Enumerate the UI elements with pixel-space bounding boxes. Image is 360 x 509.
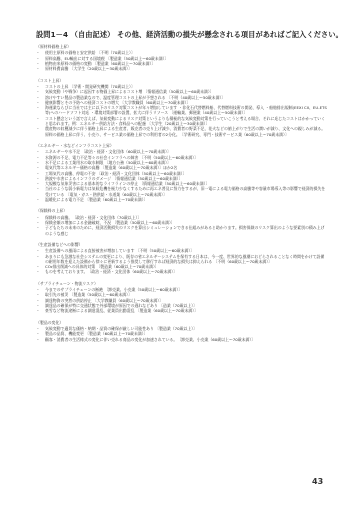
list-item: コスト懸念という話で言えば、気候変動によるリスク対策というよりも積極的な気候変動… [36,116,328,127]
list-item: 温暖化による電力不足 〔製造業（60歳以上～70歳未満）〕 [36,197,328,202]
section: （原材料価格上昇）使用主原料の価格と安定供給 〔不明（70歳以上）〕原料高騰、E… [36,44,328,72]
section-heading: （エネルギー・水などインフラコスト上昇） [36,143,328,148]
list-item: 豪雪など物流途断による調達混乱、従業員出勤混乱 〔製造業（60歳以上～70歳未満… [36,308,328,313]
section: （エネルギー・水などインフラコスト上昇）エネルギーや水不足 〔政治・経済・文化団… [36,143,328,202]
list-item: あまりにも急激な社会システムの変更により、既存の省エネルギーシステムを保有する日… [36,254,328,265]
document-page: 設問1－4 （自由記述） その他、経済活動の損失が懸念される項目があればご記入く… [36,30,328,348]
section: （保険料の上昇）保険料の高騰。〔政治・経済・文化団体（70歳以上）〕保険金額の増… [36,208,328,236]
section: （生産設備などへの影響）生産設備への風雨による直接被害が増加しています 〔不明（… [36,242,328,275]
section-heading: （保険料の上昇） [36,208,328,213]
list-item: 海運業ならびに当社では主に以下のリスク対策コストが年々増加しています ・非化石代… [36,105,328,116]
section-heading: （原材料価格上昇） [36,44,328,49]
list-item: 農産物の収穫減少に伴う価格上昇による生産者、販売者の売り上げ減少、消費者の野菜不… [36,126,328,137]
bullet-list: 今までのサプライチェーンの断絶 〔卸売業、小売業（50歳以上～60歳未満）〕取引… [36,287,328,313]
page-title: 設問1－4 （自由記述） その他、経済活動の損失が懸念される項目があればご記入く… [36,30,328,40]
bullet-list: 生産設備への風雨による直接被害が増加しています 〔不明（50歳以上～60歳未満）… [36,248,328,274]
list-item: ものを考えております。〔政治・経済・文化団体（60歳以上～70歳未満）〕 [36,269,328,274]
section: （製品の変化）気候変動で適切な価格・納期・品質の確保が厳しい可能性あり 〔製造業… [36,320,328,342]
list-item: 子どもたちの未来のために、経済活動損失のリスクを算出シミュレーションできる仕組み… [36,225,328,236]
section: （サプライチェーン・物流リスク）今までのサプライチェーンの断絶 〔卸売業、小売業… [36,281,328,314]
bullet-list: 気候変動で適切な価格・納期・品質の確保が厳しい可能性あり 〔製造業（70歳以上）… [36,326,328,342]
section-heading: （製品の変化） [36,320,328,325]
page-number: 43 [312,477,323,486]
bullet-list: 使用主原料の価格と安定供給 〔不明（70歳以上）〕原料高騰、EU輸出に対する国境… [36,50,328,71]
section-heading: （コスト上昇） [36,78,328,83]
section-heading: （サプライチェーン・物流リスク） [36,281,328,286]
bullet-list: コストの上昇 〔学術・開発研究機関（70歳以上）〕気候変動（や戦争）に起因する物… [36,84,328,137]
list-item: 顧客・消費者の生活様式の変化に伴い売れる商品の変化が加速されている。〔卸売業、小… [36,337,328,342]
section-heading: （生産設備などへの影響） [36,242,328,247]
sections-container: （原材料価格上昇）使用主原料の価格と安定供給 〔不明（70歳以上）〕原料高騰、E… [36,44,328,342]
list-item: 原材料費高騰 〔大学生（20歳以上～30歳未満）〕 [36,66,328,71]
bullet-list: 保険料の高騰。〔政治・経済・文化団体（70歳以上）〕保険金額の増加による金融破綻… [36,215,328,236]
bullet-list: エネルギーや水不足 〔政治・経済・文化団体（60歳以上～70歳未満）〕水資源の不… [36,149,328,202]
list-item: 当社のような弱小新電力は気候危機を極力少なくするために再エネ普及に努力をするが、… [36,186,328,197]
section: （コスト上昇）コストの上昇 〔学術・開発研究機関（70歳以上）〕気候変動（や戦争… [36,78,328,137]
